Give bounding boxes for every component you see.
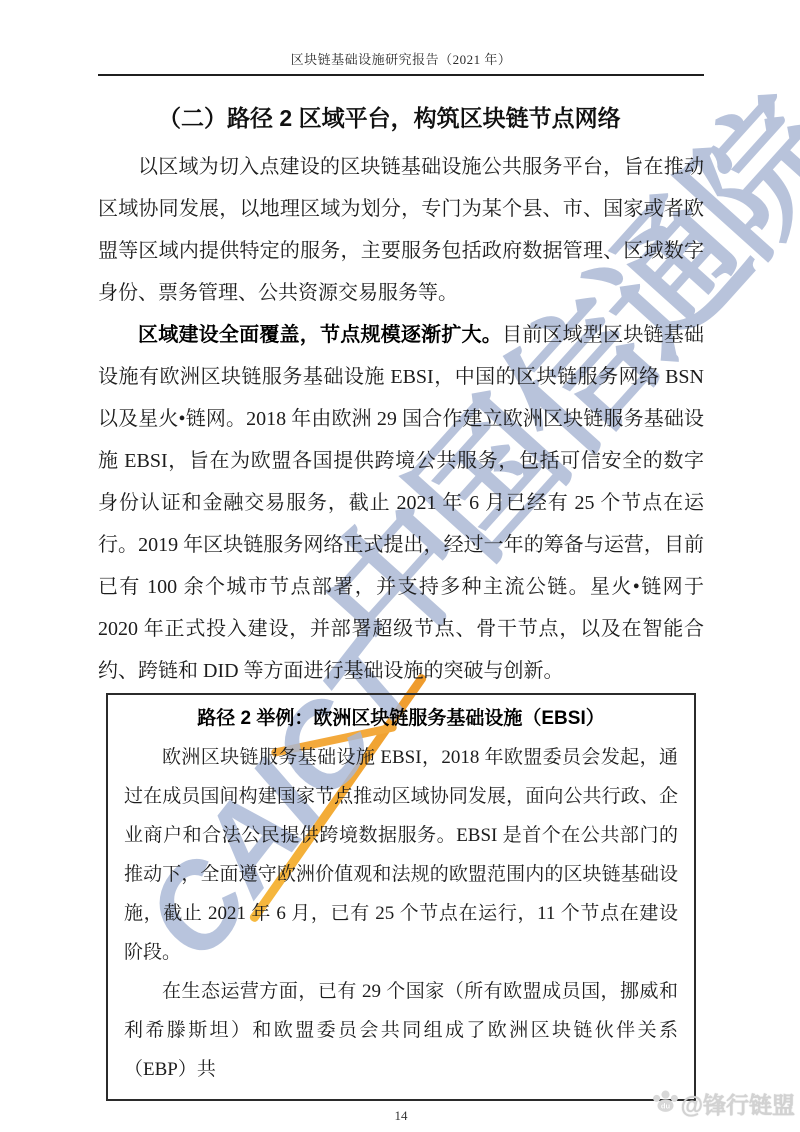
example-box-paragraph-2: 在生态运营方面，已有 29 个国家（所有欧盟成员国，挪威和利希滕斯坦）和欧盟委员… [124, 972, 678, 1089]
section-heading: （二）路径 2 区域平台，构筑区块链节点网络 [98, 102, 704, 134]
running-header: 区块链基础设施研究报告（2021 年） [98, 0, 704, 76]
example-box-title: 路径 2 举例：欧洲区块链服务基础设施（EBSI） [124, 699, 678, 738]
example-box-paragraph-1: 欧洲区块链服务基础设施 EBSI，2018 年欧盟委员会发起，通过在成员国间构建… [124, 738, 678, 972]
document-page: 中国信通院 CAICT 区块链基础设施研究报告（2021 年） （二）路径 2 … [0, 0, 800, 1132]
page-number: 14 [98, 1108, 704, 1124]
paragraph-1: 以区域为切入点建设的区块链基础设施公共服务平台，旨在推动区域协同发展，以地理区域… [98, 146, 704, 314]
paragraph-2: 区域建设全面覆盖，节点规模逐渐扩大。目前区域型区块链基础设施有欧洲区块链服务基础… [98, 314, 704, 692]
example-box: 路径 2 举例：欧洲区块链服务基础设施（EBSI） 欧洲区块链服务基础设施 EB… [106, 693, 696, 1101]
paragraph-2-lead: 区域建设全面覆盖，节点规模逐渐扩大。 [138, 324, 502, 346]
page-content: 区块链基础设施研究报告（2021 年） （二）路径 2 区域平台，构筑区块链节点… [98, 0, 704, 1124]
paragraph-2-body: 目前区域型区块链基础设施有欧洲区块链服务基础设施 EBSI，中国的区块链服务网络… [98, 324, 704, 682]
